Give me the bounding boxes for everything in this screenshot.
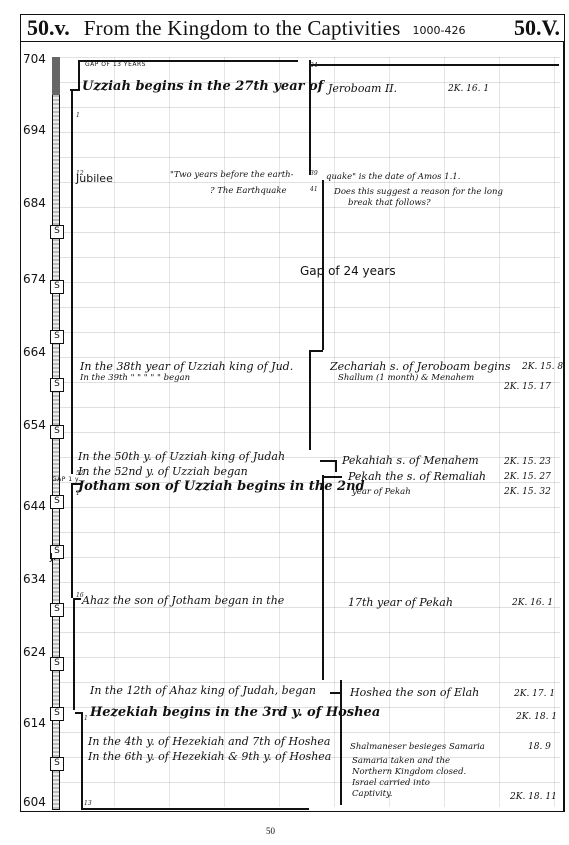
ref-pekah-17: 2K. 16. 1 — [512, 598, 553, 608]
year-label: 684 — [23, 196, 46, 210]
sabbath-marker: S — [50, 757, 64, 771]
gap-1-label: GAP 1 y. — [52, 476, 81, 483]
jotham-reign-line — [71, 483, 73, 598]
sabbath-marker: S — [50, 378, 64, 392]
year-label: 614 — [23, 716, 46, 730]
uzziah-reign-line — [71, 89, 73, 474]
sabbath-marker: S — [50, 225, 64, 239]
entry-zechariah: Zechariah s. of Jeroboam begins — [330, 360, 511, 373]
entry-jotham: Jotham son of Uzziah begins in the 2nd — [78, 479, 365, 494]
entry-hezekiah: Hezekiah begins in the 3rd y. of Hoshea — [90, 705, 380, 720]
entry-pekah-17: 17th year of Pekah — [348, 596, 453, 609]
regnal-tick: 24 — [310, 62, 318, 69]
gap-bracket-line — [78, 60, 80, 90]
page-number: 50 — [266, 826, 275, 836]
year-label: 644 — [23, 499, 46, 513]
ahaz-reign-line — [73, 598, 75, 710]
page-header: 50.v. From the Kingdom to the Captivitie… — [20, 14, 565, 42]
entry-hezekiah-4: In the 4th y. of Hezekiah and 7th of Hos… — [88, 735, 331, 748]
year-label: 694 — [23, 123, 46, 137]
ref-pekah-year: 2K. 15. 32 — [504, 487, 551, 497]
entry-kingdom-closed: Northern Kingdom closed. — [352, 767, 466, 777]
entry-earthquake-note: "Two years before the earth- — [170, 170, 293, 180]
entry-pekah: Pekah the s. of Remaliah — [348, 470, 486, 483]
hoshea-reign-line — [340, 680, 342, 805]
entry-jeroboam: Jeroboam II. — [328, 82, 397, 95]
entry-shallum: Shallum (1 month) & Menahem — [338, 373, 474, 383]
chart-page: 50.v. From the Kingdom to the Captivitie… — [0, 0, 569, 845]
bracket-tick — [309, 350, 323, 352]
year-label: 664 — [23, 345, 46, 359]
date-range: 1000-426 — [413, 24, 466, 37]
jubilee-label: Jubilee — [76, 172, 113, 185]
ref-shallum: 2K. 15. 17 — [504, 382, 551, 392]
regnal-tick: 13 — [84, 800, 92, 807]
regnal-tick: 1 — [76, 112, 80, 119]
entry-pekahiah: Pekahiah s. of Menahem — [342, 454, 479, 467]
page-title: From the Kingdom to the Captivities — [84, 16, 401, 41]
year-label: 654 — [23, 418, 46, 432]
pekah-reign-line — [322, 475, 324, 680]
entry-captivity: Captivity. — [352, 789, 392, 799]
bottom-rule — [81, 808, 309, 810]
year-label: 604 — [23, 795, 46, 809]
entry-amos-note: quake" is the date of Amos 1.1. — [326, 172, 460, 182]
sabbath-marker: S — [50, 657, 64, 671]
entry-question-cont: break that follows? — [348, 198, 431, 208]
year-label: 704 — [23, 52, 46, 66]
year-label: 674 — [23, 272, 46, 286]
ref-hezekiah: 2K. 18. 1 — [516, 712, 557, 722]
ref-captivity: 2K. 18. 11 — [510, 792, 557, 802]
entry-uzziah-50: In the 50th y. of Uzziah king of Judah — [78, 450, 285, 463]
entry-question: Does this suggest a reason for the long — [334, 187, 503, 197]
ref-pekahiah: 2K. 15. 23 — [504, 457, 551, 467]
jubilee-marker: J. — [50, 552, 56, 563]
year-label: 634 — [23, 572, 46, 586]
bracket-tick — [322, 476, 342, 478]
entry-ahaz-12: In the 12th of Ahaz king of Judah, began — [90, 684, 316, 697]
entry-shalmaneser: Shalmaneser besieges Samaria — [350, 742, 485, 752]
ref-zechariah: 2K. 15. 8 — [522, 362, 563, 372]
entry-israel-carried: Israel carried into — [352, 778, 430, 788]
sabbath-marker: S — [50, 495, 64, 509]
ref-pekah: 2K. 15. 27 — [504, 472, 551, 482]
entry-uzziah-39: In the 39th " " " " " began — [80, 373, 190, 383]
ref-hoshea: 2K. 17. 1 — [514, 689, 555, 699]
sabbath-marker: S — [50, 280, 64, 294]
regnal-tick: 41 — [310, 186, 318, 193]
pekahiah-line — [335, 460, 337, 472]
ref-jeroboam: 2K. 16. 1 — [448, 84, 489, 94]
ref-shalmaneser: 18. 9 — [528, 742, 551, 752]
entry-samaria: Samaria taken and the — [352, 756, 450, 766]
gap-13-label: GAP OF 13 YEARS — [85, 61, 146, 68]
sabbath-marker: S — [50, 707, 64, 721]
entry-uzziah-38: In the 38th year of Uzziah king of Jud. — [80, 360, 293, 373]
sabbath-marker: S — [50, 330, 64, 344]
hezekiah-reign-line — [81, 712, 83, 810]
bracket-tick — [320, 460, 335, 462]
sabbath-marker: S — [50, 425, 64, 439]
jeroboam-reign-line — [309, 60, 311, 175]
section-label-left: 50.v. — [27, 15, 70, 41]
israel-top-rule — [309, 64, 559, 66]
bracket-tick — [330, 692, 342, 694]
sabbath-marker: S — [50, 603, 64, 617]
bracket-tick — [75, 712, 83, 714]
entry-earthquake: ? The Earthquake — [210, 186, 287, 196]
menahem-reign-line — [309, 350, 311, 450]
year-label: 624 — [23, 645, 46, 659]
entry-hoshea: Hoshea the son of Elah — [350, 686, 479, 699]
entry-pekah-year: year of Pekah — [352, 487, 411, 497]
gap-24-label: Gap of 24 years — [300, 264, 396, 278]
entry-hezekiah-6: In the 6th y. of Hezekiah & 9th y. of Ho… — [88, 750, 331, 763]
entry-uzziah: Uzziah begins in the 27th year of — [82, 79, 323, 94]
regnal-tick: 39 — [310, 170, 318, 177]
regnal-tick: 1 — [84, 715, 88, 722]
entry-ahaz: Ahaz the son of Jotham began in the — [82, 594, 284, 607]
gap-shading — [52, 57, 60, 95]
section-label-right: 50.V. — [514, 15, 560, 41]
entry-uzziah-52: In the 52nd y. of Uzziah began — [78, 465, 248, 478]
